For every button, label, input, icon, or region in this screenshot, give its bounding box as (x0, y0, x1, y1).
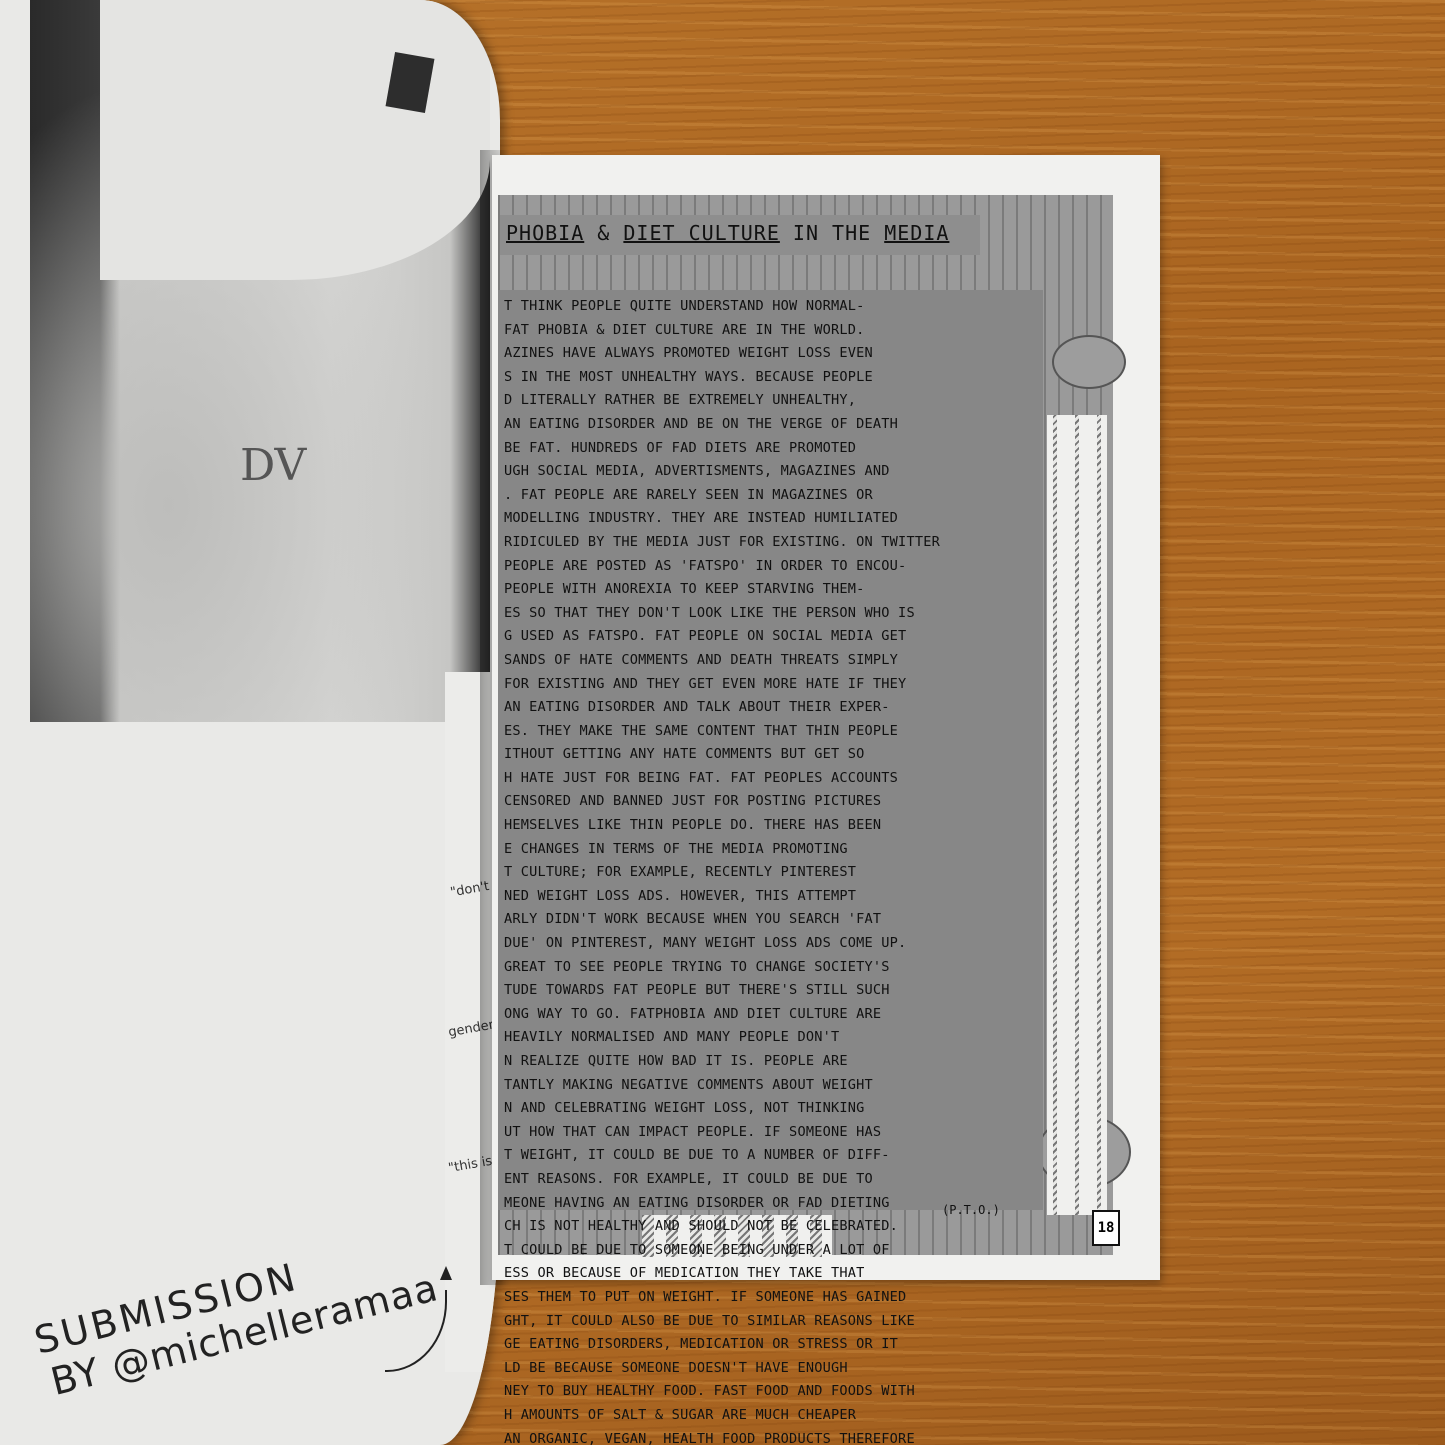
title-mid: IN THE (780, 221, 884, 245)
body-text-line: ITHOUT GETTING ANY HATE COMMENTS BUT GET… (504, 743, 1039, 767)
right-page: PHOBIA & DIET CULTURE IN THE MEDIA T THI… (492, 155, 1160, 1280)
body-text-line: T COULD BE DUE TO SOMEONE BEING UNDER A … (504, 1239, 1039, 1263)
body-text-line: MODELLING INDUSTRY. THEY ARE INSTEAD HUM… (504, 507, 1039, 531)
body-text-line: D LITERALLY RATHER BE EXTREMELY UNHEALTH… (504, 389, 1039, 413)
body-text-line: N REALIZE QUITE HOW BAD IT IS. PEOPLE AR… (504, 1050, 1039, 1074)
body-text-line: AN EATING DISORDER AND TALK ABOUT THEIR … (504, 696, 1039, 720)
body-text-line: GREAT TO SEE PEOPLE TRYING TO CHANGE SOC… (504, 956, 1039, 980)
body-text-line: HEMSELVES LIKE THIN PEOPLE DO. THERE HAS… (504, 814, 1039, 838)
continued-note: (P.T.O.) (942, 1203, 1000, 1217)
body-text-line: PEOPLE ARE POSTED AS 'FATSPO' IN ORDER T… (504, 555, 1039, 579)
body-text-line: AN ORGANIC, VEGAN, HEALTH FOOD PRODUCTS … (504, 1428, 1039, 1445)
body-text-line: GHT, IT COULD ALSO BE DUE TO SIMILAR REA… (504, 1310, 1039, 1334)
body-text-line: T CULTURE; FOR EXAMPLE, RECENTLY PINTERE… (504, 861, 1039, 885)
body-text-line: ARLY DIDN'T WORK BECAUSE WHEN YOU SEARCH… (504, 908, 1039, 932)
body-text-line: UGH SOCIAL MEDIA, ADVERTISMENTS, MAGAZIN… (504, 460, 1039, 484)
sketch-shadow-shape (386, 52, 435, 113)
title-part-1: PHOBIA (506, 221, 584, 245)
pencil-sketch-illustration: DV (30, 0, 490, 722)
body-text-line: FOR EXISTING AND THEY GET EVEN MORE HATE… (504, 673, 1039, 697)
body-text-line: TANTLY MAKING NEGATIVE COMMENTS ABOUT WE… (504, 1074, 1039, 1098)
body-text-line: RIDICULED BY THE MEDIA JUST FOR EXISTING… (504, 531, 1039, 555)
body-text-line: GE EATING DISORDERS, MEDICATION OR STRES… (504, 1333, 1039, 1357)
body-text-line: T WEIGHT, IT COULD BE DUE TO A NUMBER OF… (504, 1144, 1039, 1168)
title-part-3: MEDIA (884, 221, 949, 245)
body-text-line: FAT PHOBIA & DIET CULTURE ARE IN THE WOR… (504, 319, 1039, 343)
body-text-line: H HATE JUST FOR BEING FAT. FAT PEOPLES A… (504, 767, 1039, 791)
body-text-line: UT HOW THAT CAN IMPACT PEOPLE. IF SOMEON… (504, 1121, 1039, 1145)
body-text-line: . FAT PEOPLE ARE RARELY SEEN IN MAGAZINE… (504, 484, 1039, 508)
title-part-2: DIET CULTURE (623, 221, 780, 245)
body-text-line: AZINES HAVE ALWAYS PROMOTED WEIGHT LOSS … (504, 342, 1039, 366)
body-text-line: CH IS NOT HEALTHY AND SHOULD NOT BE CELE… (504, 1215, 1039, 1239)
left-page: DV "don't eat gender ... "this is wro SU… (0, 0, 500, 1445)
body-text-line: G USED AS FATSPO. FAT PEOPLE ON SOCIAL M… (504, 625, 1039, 649)
body-text-line: E CHANGES IN TERMS OF THE MEDIA PROMOTIN… (504, 838, 1039, 862)
page-title: PHOBIA & DIET CULTURE IN THE MEDIA (506, 221, 949, 245)
body-text-line: ESS OR BECAUSE OF MEDICATION THEY TAKE T… (504, 1262, 1039, 1286)
title-amp: & (584, 221, 623, 245)
arrow-head-icon (440, 1266, 452, 1280)
body-text-line: CENSORED AND BANNED JUST FOR POSTING PIC… (504, 790, 1039, 814)
body-text-line: ENT REASONS. FOR EXAMPLE, IT COULD BE DU… (504, 1168, 1039, 1192)
body-text-line: SANDS OF HATE COMMENTS AND DEATH THREATS… (504, 649, 1039, 673)
body-text-line: NED WEIGHT LOSS ADS. HOWEVER, THIS ATTEM… (504, 885, 1039, 909)
submission-credit: SUBMISSION BY @michelleramaa (30, 1222, 443, 1405)
body-text-line: TUDE TOWARDS FAT PEOPLE BUT THERE'S STIL… (504, 979, 1039, 1003)
body-text-line: AN EATING DISORDER AND BE ON THE VERGE O… (504, 413, 1039, 437)
body-text-line: LD BE BECAUSE SOMEONE DOESN'T HAVE ENOUG… (504, 1357, 1039, 1381)
body-text-line: BE FAT. HUNDREDS OF FAD DIETS ARE PROMOT… (504, 437, 1039, 461)
body-text-line: HEAVILY NORMALISED AND MANY PEOPLE DON'T (504, 1026, 1039, 1050)
body-text-line: DUE' ON PINTEREST, MANY WEIGHT LOSS ADS … (504, 932, 1039, 956)
handwritten-body-text: T THINK PEOPLE QUITE UNDERSTAND HOW NORM… (504, 295, 1039, 1445)
body-text-line: NEY TO BUY HEALTHY FOOD. FAST FOOD AND F… (504, 1380, 1039, 1404)
sketch-lettering: DV (240, 440, 306, 491)
body-text-line: PEOPLE WITH ANOREXIA TO KEEP STARVING TH… (504, 578, 1039, 602)
body-text-line: ES SO THAT THEY DON'T LOOK LIKE THE PERS… (504, 602, 1039, 626)
body-text-line: S IN THE MOST UNHEALTHY WAYS. BECAUSE PE… (504, 366, 1039, 390)
body-text-line: ES. THEY MAKE THE SAME CONTENT THAT THIN… (504, 720, 1039, 744)
body-text-line: SES THEM TO PUT ON WEIGHT. IF SOMEONE HA… (504, 1286, 1039, 1310)
page-number: 18 (1092, 1210, 1120, 1246)
leaf-illustration (1052, 335, 1126, 389)
body-text-line: ONG WAY TO GO. FATPHOBIA AND DIET CULTUR… (504, 1003, 1039, 1027)
striped-pattern (1047, 415, 1107, 1215)
body-text-line: N AND CELEBRATING WEIGHT LOSS, NOT THINK… (504, 1097, 1039, 1121)
body-text-line: H AMOUNTS OF SALT & SUGAR ARE MUCH CHEAP… (504, 1404, 1039, 1428)
body-text-line: T THINK PEOPLE QUITE UNDERSTAND HOW NORM… (504, 295, 1039, 319)
